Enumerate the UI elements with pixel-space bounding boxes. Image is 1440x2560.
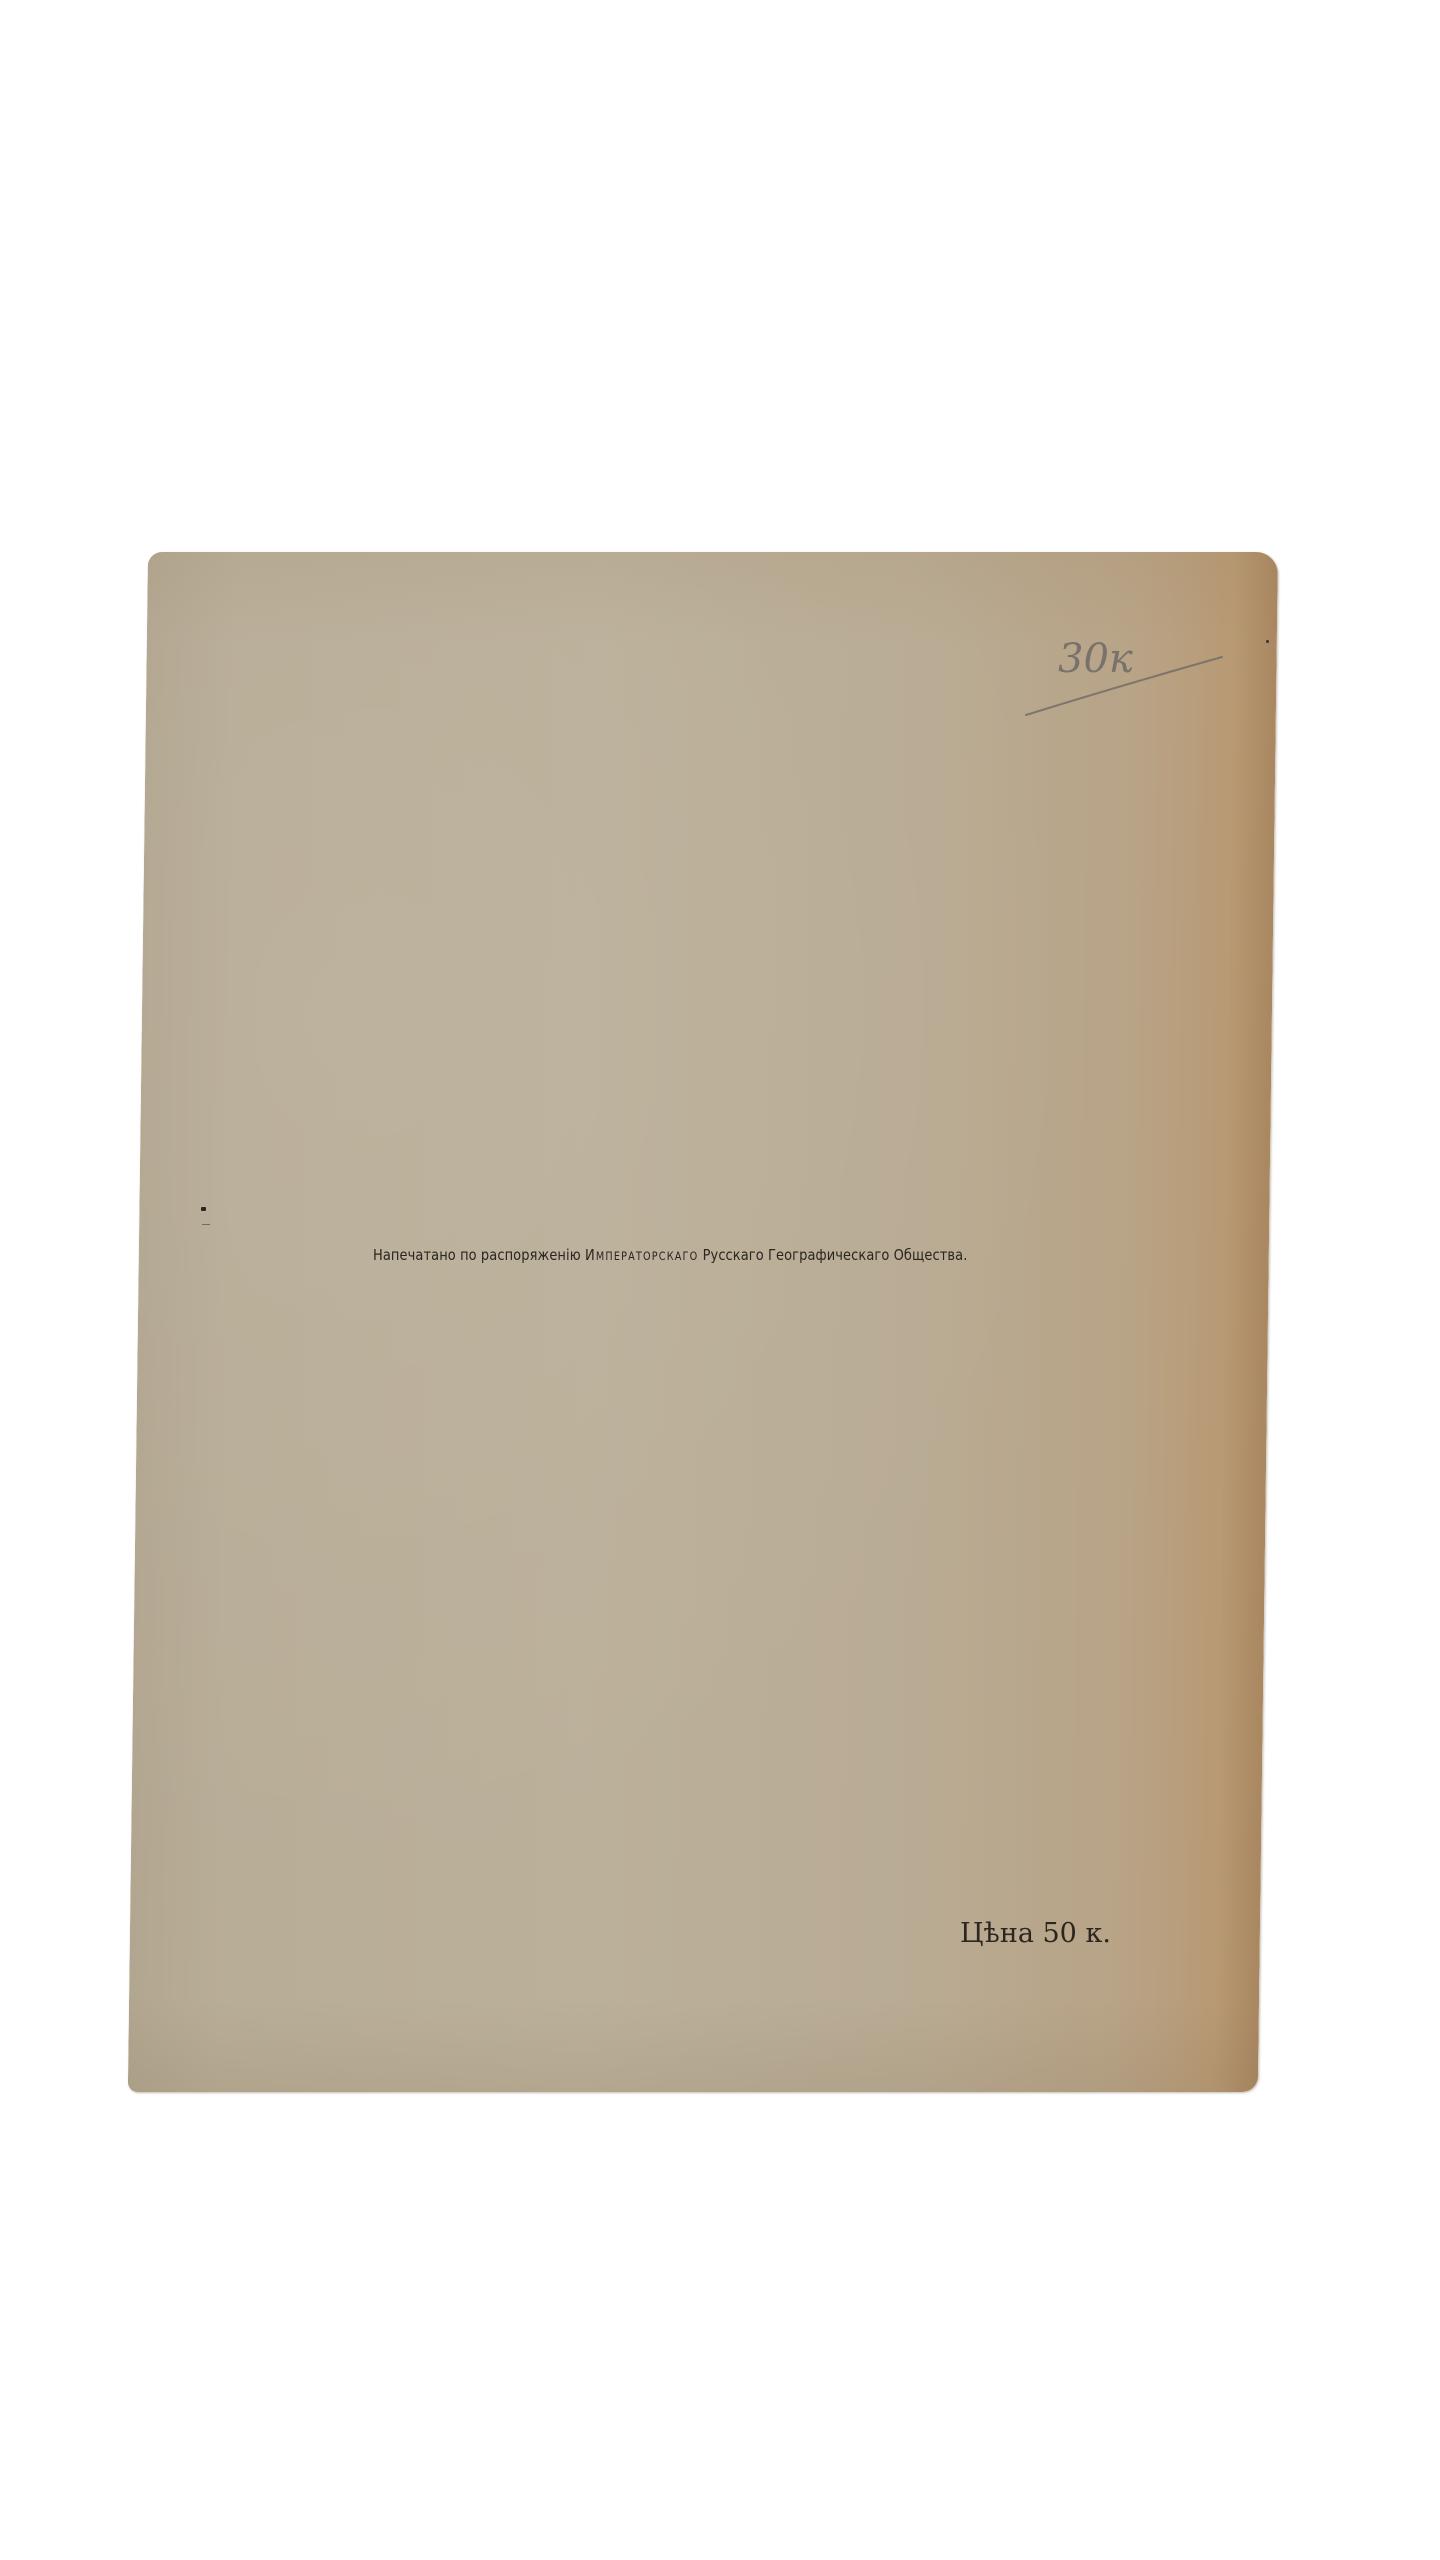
ink-speck (202, 1224, 210, 1225)
price-label: Цѣна 50 к. (960, 1918, 1111, 1949)
page-content: 30к Напечатано по распоряженію ИМПЕРАТОР… (148, 552, 1278, 2092)
handwritten-note-text: 30к (1058, 636, 1133, 682)
imprint-line: Напечатано по распоряженію ИМПЕРАТОРСКАГ… (373, 1246, 961, 1264)
ink-speck (1266, 640, 1269, 643)
imprint-text-imperial: ИМПЕРАТОРСКАГО (585, 1248, 698, 1264)
imprint-text-start: Напечатано по распоряженію (373, 1246, 585, 1264)
pencil-mark-icon: 30к (1026, 612, 1226, 722)
ink-speck (201, 1207, 206, 1211)
pamphlet-back-cover: 30к Напечатано по распоряженію ИМПЕРАТОР… (128, 552, 1278, 2092)
imprint-text-end: Русскаго Географическаго Общества. (698, 1246, 967, 1264)
handwritten-price-note: 30к (1026, 612, 1226, 722)
